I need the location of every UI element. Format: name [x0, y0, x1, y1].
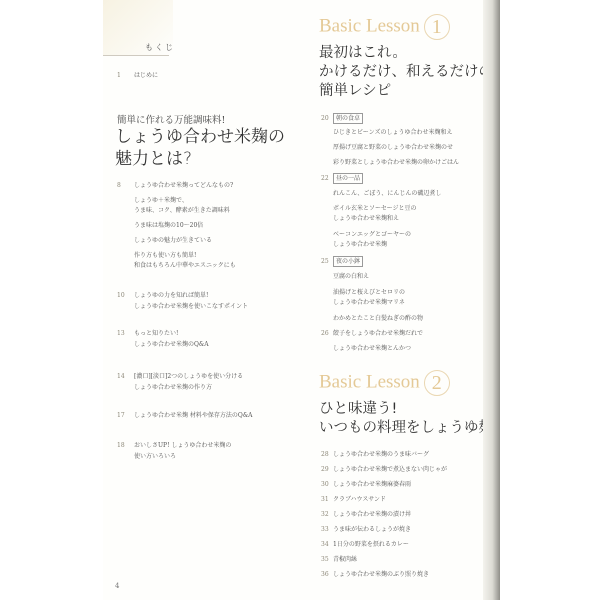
toc-subentry: 使い方いろいろ — [134, 451, 176, 462]
recipe-entry[interactable]: 35青椒肉絲 — [321, 554, 357, 565]
recipe-entry[interactable]: 31クラブハウスサンド — [321, 494, 386, 505]
toc-entry[interactable]: 14[濃口][淡口]2つのしょうゆを使い分ける — [117, 371, 243, 382]
section-lead: 簡単に作れる万能調味料! — [117, 112, 225, 126]
category-tag: 朝の食卓 — [333, 113, 363, 124]
recipe-item[interactable]: しょうゆ合わせ米麹とんかつ — [333, 343, 411, 354]
recipe-item[interactable]: 彩り野菜としょうゆ合わせ米麹の卵かけごはん — [333, 157, 459, 168]
category-tag: 夜の小鉢 — [333, 256, 363, 267]
toc-subentry: しょうゆ合わせ米麹のQ&A — [134, 339, 209, 350]
lesson-number-circle: 2 — [424, 370, 450, 396]
toc-entry[interactable]: 18おいしさUP! しょうゆ合わせ米麹の — [117, 440, 231, 451]
book-gutter-shadow — [483, 0, 500, 600]
recipe-item[interactable]: ひじきとビーンズのしょうゆ合わせ米麹和え — [333, 127, 452, 138]
section-title: しょうゆ合わせ米麹の 魅力とは? — [115, 126, 285, 170]
toc-subentry: うま味は塩麹の10～20倍 — [134, 220, 203, 231]
recipe-item-cont: しょうゆ合わせ米麹和え — [333, 213, 399, 224]
recipe-item[interactable]: わかめとたこと白髪ねぎの酢の物 — [333, 313, 423, 324]
recipe-entry[interactable]: 28しょうゆ合わせ米麹のうま味バーグ — [321, 449, 429, 460]
recipe-entry[interactable]: 30しょうゆ合わせ米麹麻婆春雨 — [321, 479, 411, 490]
recipe-item[interactable]: れんこん、ごぼう、にんじんの磯辺煮し — [333, 188, 441, 199]
book-spread: もくじ 1はじめに 簡単に作れる万能調味料! しょうゆ合わせ米麹の 魅力とは? … — [103, 0, 500, 600]
toc-subentry: 和食はもちろん中華やエスニックにも — [134, 260, 236, 271]
lesson-2-title: ひと味違う! いつもの料理をしょうゆ麹で — [319, 400, 500, 438]
recipe-item-cont: しょうゆ合わせ米麹 — [333, 239, 387, 250]
lesson-1-title: 最初はこれ。 かけるだけ、和えるだけの 簡単レシピ — [319, 44, 493, 101]
toc-entry-intro[interactable]: 1はじめに — [117, 70, 158, 81]
toc-group-lunch[interactable]: 22昼の一品 — [321, 173, 363, 184]
toc-entry[interactable]: 8しょうゆ合わせ米麹ってどんなもの? — [117, 180, 233, 191]
lesson-2-heading: Basic Lesson2 — [319, 370, 450, 396]
toc-header: もくじ — [145, 42, 175, 53]
header-rule — [103, 55, 169, 56]
toc-entry[interactable]: 13もっと知りたい! — [117, 328, 178, 339]
page-number: 4 — [115, 582, 119, 590]
toc-entry[interactable]: 17しょうゆ合わせ米麹 材料や保存方法のQ&A — [117, 410, 253, 421]
category-tag: 昼の一品 — [333, 173, 363, 184]
toc-entry[interactable]: 26餃子をしょうゆ合わせ米麹だれで — [321, 328, 423, 339]
toc-subentry: しょうゆ合わせ米麹の作り方 — [134, 382, 212, 393]
toc-subentry: しょうゆ合わせ米麹を使いこなすポイント — [134, 301, 248, 312]
recipe-entry[interactable]: 32しょうゆ合わせ米麹の漬け丼 — [321, 509, 411, 520]
recipe-entry[interactable]: 36しょうゆ合わせ米麹のぶり照り焼き — [321, 569, 429, 580]
recipe-item[interactable]: 豆腐の白和え — [333, 271, 369, 282]
toc-group-breakfast[interactable]: 20朝の食卓 — [321, 113, 363, 124]
recipe-entry[interactable]: 29しょうゆ合わせ米麹で煮込まない肉じゃが — [321, 464, 447, 475]
toc-entry[interactable]: 10しょうゆの力を知れば簡単! — [117, 290, 208, 301]
toc-group-dinner[interactable]: 25夜の小鉢 — [321, 256, 363, 267]
recipe-entry[interactable]: 33うま味が伝わるしょうが焼き — [321, 524, 411, 535]
recipe-entry[interactable]: 341日分の野菜を摂れるカレー — [321, 539, 409, 550]
toc-subentry: しょうゆの魅力が生きている — [134, 235, 212, 246]
toc-subentry: うま味、コク、酵素が生きた調味料 — [134, 205, 230, 216]
recipe-item[interactable]: 厚揚げ豆腐と野菜のしょうゆ合わせ米麹のせ — [333, 142, 453, 153]
lesson-1-heading: Basic Lesson1 — [319, 14, 450, 40]
recipe-item-cont: しょうゆ合わせ米麹マリネ — [333, 297, 405, 308]
lesson-number-circle: 1 — [424, 14, 450, 40]
